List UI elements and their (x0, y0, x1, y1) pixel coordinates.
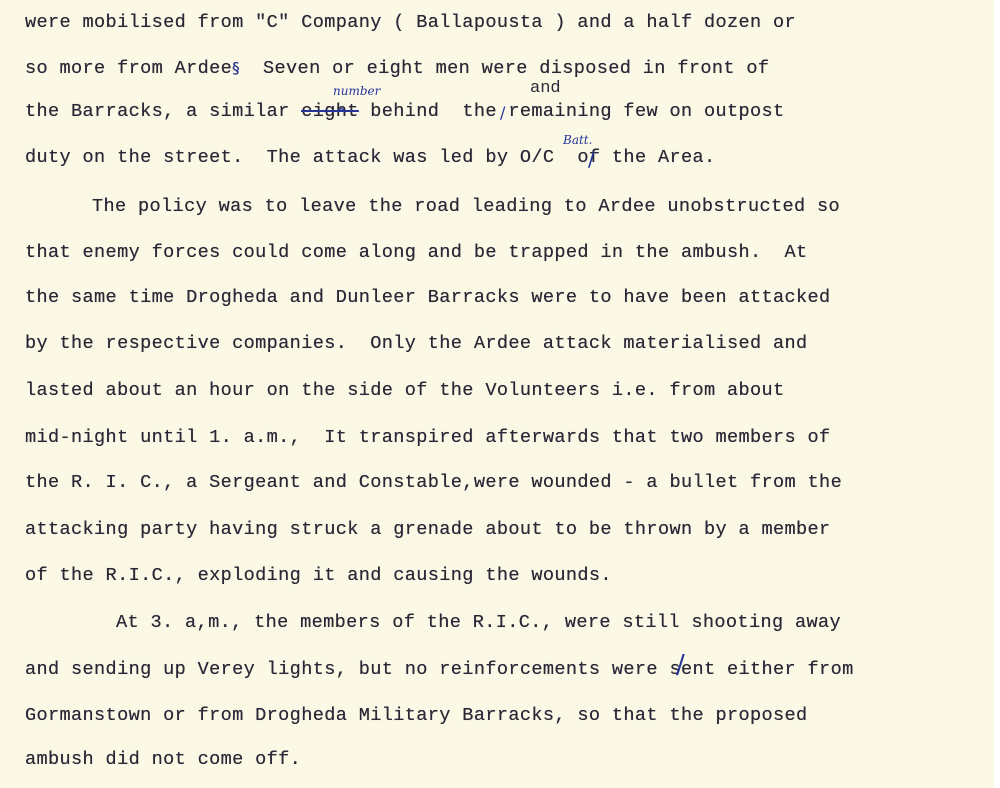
page-edge (994, 0, 1000, 788)
document-page: were mobilised from "C" Company ( Ballap… (0, 0, 1000, 788)
text-line-7: the same time Drogheda and Dunleer Barra… (25, 287, 831, 309)
text-line-2-before: so more from Ardee (25, 58, 232, 79)
text-line-15: and sending up Verey lights, but no rein… (25, 659, 854, 681)
separator-slash: / (676, 650, 685, 680)
handwritten-number-annotation: number (333, 84, 380, 98)
text-line-2: so more from Ardee§ Seven or eight men w… (25, 57, 769, 80)
text-line-3-before: the Barracks, a similar (25, 101, 301, 122)
handwritten-batt-annotation: Batt. (563, 133, 592, 147)
text-line-3-after: behind the remaining few on outpost (359, 101, 785, 122)
insertion-slash-batt: / (588, 147, 595, 171)
text-line-3: the Barracks, a similar eight behind the… (25, 101, 785, 123)
text-line-17: ambush did not come off. (25, 749, 301, 771)
text-line-10: mid-night until 1. a.m., It transpired a… (25, 427, 831, 449)
text-line-14: At 3. a,m., the members of the R.I.C., w… (116, 612, 841, 634)
text-line-5: The policy was to leave the road leading… (92, 196, 840, 218)
text-line-1: were mobilised from "C" Company ( Ballap… (25, 12, 796, 34)
text-line-4-after: O/C of the Area. (520, 147, 716, 168)
struck-word: eight (301, 101, 359, 122)
text-line-8: by the respective companies. Only the Ar… (25, 333, 808, 355)
correction-mark: § (232, 59, 240, 77)
text-line-16: Gormanstown or from Drogheda Military Ba… (25, 705, 808, 727)
text-line-12: attacking party having struck a grenade … (25, 519, 831, 541)
typed-and-insertion: and (530, 79, 561, 98)
text-line-11: the R. I. C., a Sergeant and Constable,w… (25, 472, 842, 494)
text-line-4-before: duty on the street. The attack was led b… (25, 147, 520, 168)
text-line-6: that enemy forces could come along and b… (25, 242, 808, 264)
insertion-slash: / (500, 103, 505, 122)
text-line-13: of the R.I.C., exploding it and causing … (25, 565, 612, 587)
text-line-2-after: Seven or eight men were disposed in fron… (240, 58, 769, 79)
insertion-caret: ^ (335, 105, 348, 123)
text-line-4: duty on the street. The attack was led b… (25, 147, 716, 169)
text-line-9: lasted about an hour on the side of the … (25, 380, 785, 402)
